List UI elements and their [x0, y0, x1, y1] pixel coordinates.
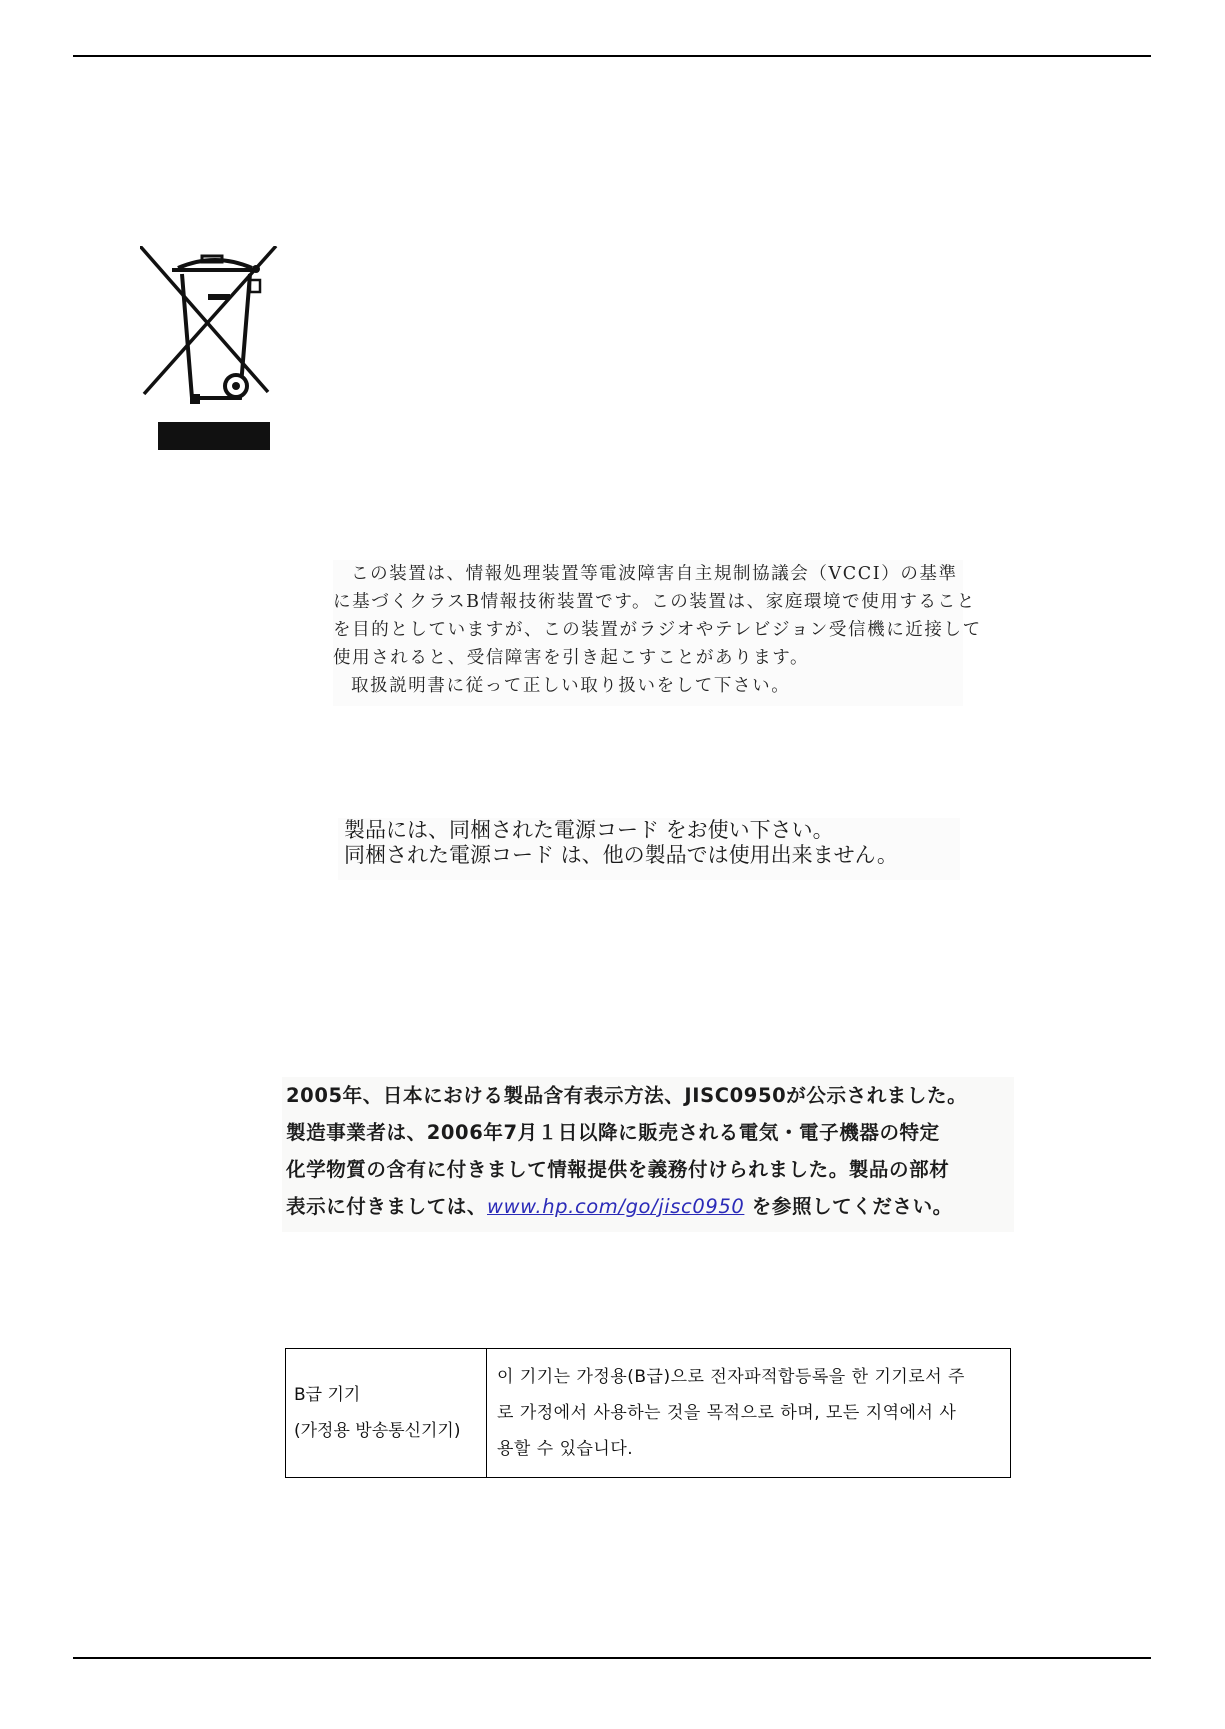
power-cord-line: 製品には、同梱された電源コード をお使い下さい。 [338, 818, 960, 843]
jisc0950-link[interactable]: www.hp.com/go/jisc0950 [487, 1195, 744, 1218]
weee-symbol [140, 246, 290, 456]
vcci-line: この装置は、情報処理装置等電波障害自主規制協議会（VCCI）の基準 [333, 560, 963, 588]
vcci-notice: この装置は、情報処理装置等電波障害自主規制協議会（VCCI）の基準 に基づくクラ… [333, 560, 963, 706]
footer-rule [73, 1657, 1151, 1659]
korea-class-sublabel: (가정용 방송통신기기) [294, 1413, 486, 1449]
power-cord-notice: 製品には、同梱された電源コード をお使い下さい。 同梱された電源コード は、他の… [338, 818, 960, 880]
jis-line-prefix: 表示に付きましては、 [286, 1195, 487, 1218]
vcci-line: 取扱説明書に従って正しい取り扱いをして下さい。 [333, 672, 963, 700]
vcci-line: 使用されると、受信障害を引き起こすことがあります。 [333, 644, 963, 672]
korea-class-label-cell: B급 기기 (가정용 방송통신기기) [286, 1349, 487, 1477]
korea-description-line: 용할 수 있습니다. [497, 1431, 1002, 1467]
power-cord-line: 同梱された電源コード は、他の製品では使用出来ません。 [338, 843, 960, 868]
korea-class-description-cell: 이 기기는 가정용(B급)으로 전자파적합등록을 한 기기로서 주 로 가정에서… [487, 1349, 1010, 1477]
jis-line-suffix: を参照してください。 [744, 1195, 952, 1218]
jis-line: 化学物質の含有に付きまして情報提供を義務付けられました。製品の部材 [282, 1151, 1014, 1188]
korea-description-line: 로 가정에서 사용하는 것을 목적으로 하며, 모든 지역에서 사 [497, 1395, 1002, 1431]
jis-c0950-notice: 2005年、日本における製品含有表示方法、JISC0950が公示されました。 製… [282, 1077, 1014, 1232]
korea-class-b-table: B급 기기 (가정용 방송통신기기) 이 기기는 가정용(B급)으로 전자파적합… [285, 1348, 1011, 1478]
vcci-line: に基づくクラスB情報技術装置です。この装置は、家庭環境で使用すること [333, 588, 963, 616]
jis-line: 2005年、日本における製品含有表示方法、JISC0950が公示されました。 [282, 1077, 1014, 1114]
vcci-line: を目的としていますが、この装置がラジオやテレビジョン受信機に近接して [333, 616, 963, 644]
header-rule [73, 55, 1151, 57]
jis-line: 表示に付きましては、www.hp.com/go/jisc0950 を参照してくだ… [282, 1188, 1014, 1225]
korea-description-line: 이 기기는 가정용(B급)으로 전자파적합등록을 한 기기로서 주 [497, 1359, 1002, 1395]
jis-line: 製造事業者は、2006年7月１日以降に販売される電気・電子機器の特定 [282, 1114, 1014, 1151]
korea-class-label: B급 기기 [294, 1377, 486, 1413]
crossed-out-wheelie-bin-icon [140, 246, 290, 456]
